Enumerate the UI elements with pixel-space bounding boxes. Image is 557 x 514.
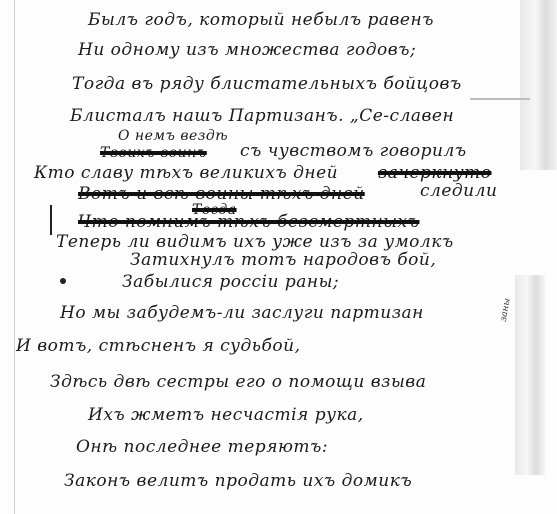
- margin-note: заны: [499, 298, 513, 323]
- paper-fold: [520, 0, 557, 170]
- manuscript-line: следили: [420, 181, 497, 201]
- paper-tear: [470, 98, 530, 100]
- manuscript-insertion: О немъ вездѣ: [118, 128, 228, 144]
- manuscript-line: Ни одному изъ множества годовъ;: [78, 40, 416, 60]
- struck-text: Что помнимъ тѣхъ безсмертныхъ: [78, 212, 419, 232]
- manuscript-line: Но мы забудемъ-ли заслуги партизан: [60, 303, 424, 323]
- struck-text: Твоихъ воинъ: [100, 145, 207, 161]
- page-edge: [14, 0, 15, 514]
- manuscript-line: Здѣсь двѣ сестры его о помощи взыва: [50, 372, 426, 392]
- manuscript-line: Теперь ли видимъ ихъ уже изъ за умолкъ: [56, 232, 454, 252]
- manuscript-line: Забылися россіи раны;: [122, 272, 339, 292]
- struck-text: зачеркнуто: [378, 163, 492, 183]
- ink-dot: [60, 278, 66, 284]
- manuscript-line: Ихъ жметъ несчастія рука,: [88, 405, 364, 425]
- struck-text: Вотъ и всѣ воины тѣхъ дней: [78, 184, 365, 204]
- manuscript-line: И вотъ, стѣсненъ я судьбой,: [16, 336, 301, 356]
- manuscript-line: Тогда въ ряду блистательныхъ бойцовъ: [72, 74, 462, 94]
- bracket-mark: [50, 205, 58, 235]
- manuscript-line: Затихнулъ тотъ народовъ бой,: [130, 250, 436, 270]
- manuscript-line: Кто славу тѣхъ великихъ дней: [34, 163, 338, 183]
- manuscript-line: Блисталъ нашъ Партизанъ. „Се-славен: [70, 106, 454, 126]
- manuscript-line: Былъ годъ, который небылъ равенъ: [88, 10, 434, 30]
- paper-fold: [515, 275, 545, 475]
- manuscript-line: Законъ велитъ продать ихъ домикъ: [64, 471, 412, 491]
- manuscript-line: съ чувствомъ говорилъ: [240, 141, 467, 161]
- manuscript-page: Былъ годъ, который небылъ равенъ Ни одно…: [0, 0, 557, 514]
- manuscript-line: Онѣ последнее теряютъ:: [76, 437, 328, 457]
